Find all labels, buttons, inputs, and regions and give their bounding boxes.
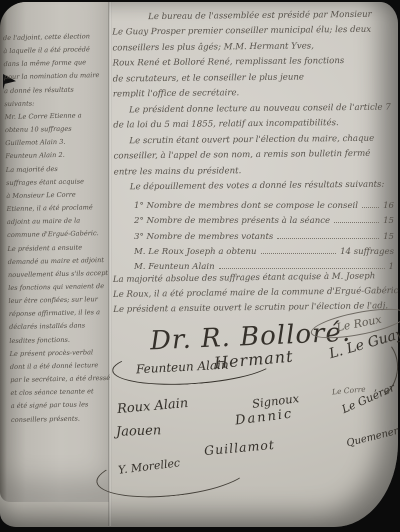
- margin-column: de l'adjoint, cette élection à laquelle …: [3, 30, 111, 427]
- tally-value: 16: [383, 201, 394, 211]
- page-fold-line: [108, 2, 112, 526]
- tally-label: 1° Nombre de membres dont se compose le …: [134, 201, 358, 211]
- manuscript-photo: de l'adjoint, cette élection à laquelle …: [0, 0, 400, 532]
- tally-value: 15: [383, 216, 394, 226]
- tally-label: 3° Nombre de membres votants: [134, 232, 273, 242]
- margin-line: par le secrétaire, a été dressé: [10, 372, 110, 387]
- dotted-leader: [277, 238, 379, 239]
- margin-line: commune d'Ergué-Gabéric.: [7, 227, 107, 242]
- margin-line: réponse affirmative, il les a: [9, 306, 109, 321]
- body-line: Le dépouillement des votes a donné les r…: [114, 177, 397, 195]
- dotted-leader: [334, 222, 379, 223]
- signature-jaouen: Jaouen: [116, 423, 162, 440]
- tally-row: M. Le Roux Joseph a obtenu 14 suffrages: [134, 242, 394, 257]
- tally-row: 1° Nombre de membres dont se compose le …: [134, 196, 394, 211]
- tally-value: 15: [383, 232, 394, 242]
- tally-label: M. Feunteun Alain: [134, 262, 215, 272]
- dotted-leader: [362, 207, 379, 208]
- margin-line: à laquelle il a été procédé: [3, 43, 103, 58]
- body-text: Le bureau de l'assemblée est présidé par…: [112, 8, 397, 196]
- body-line: conseiller, à l'appel de son nom, a remi…: [113, 147, 396, 165]
- tally-value: 14 suffrages: [340, 247, 394, 257]
- margin-line: pour la nomination du maire: [4, 69, 104, 84]
- vote-tally: 1° Nombre de membres dont se compose le …: [134, 196, 394, 272]
- body-line: Le Guay Prosper premier conseiller munic…: [112, 23, 395, 41]
- dotted-leader: [261, 253, 336, 254]
- tally-label: 2° Nombre de membres présents à la séanc…: [134, 216, 330, 226]
- tally-row: 2° Nombre de membres présents à la séanc…: [134, 211, 394, 226]
- margin-line: Etienne, il a été proclamé: [6, 201, 106, 216]
- body-line: Le président donne lecture au nouveau co…: [113, 100, 396, 118]
- margin-line: conseillers présents.: [11, 411, 111, 426]
- tally-row: 3° Nombre de membres votants 15: [134, 226, 394, 241]
- tally-label: M. Le Roux Joseph a obtenu: [134, 247, 257, 257]
